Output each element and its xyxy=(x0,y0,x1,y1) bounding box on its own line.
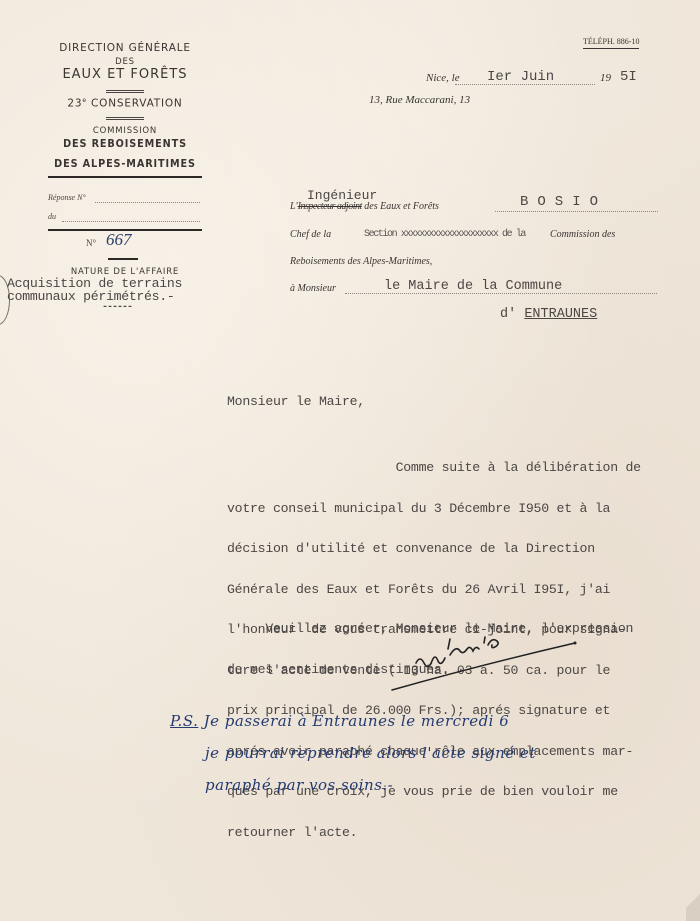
letterhead-direction: DIRECTION GÉNÉRALE xyxy=(20,42,230,54)
paragraph-line: votre conseil municipal du 3 Décembre I9… xyxy=(227,502,641,516)
nature-dash: ------ xyxy=(102,302,132,313)
sender-line-1-suffix: des Eaux et Forêts xyxy=(364,201,439,212)
paragraph-line: Comme suite à la délibération de xyxy=(227,461,641,475)
postscript-line-1: P.S. Je passerai à Entraunes le mercredi… xyxy=(170,712,509,730)
number-underline xyxy=(108,258,138,260)
divider xyxy=(106,117,144,120)
recipient-town-line: d' ENTRAUNES xyxy=(500,307,597,322)
struck-text: Inspecteur adjoint xyxy=(298,201,362,212)
divider xyxy=(106,90,144,93)
letterhead-eaux-forets: EAUX ET FORÊTS xyxy=(20,67,230,82)
year-prefix: 19 xyxy=(600,72,611,84)
sender-name: BOSIO xyxy=(520,194,607,210)
struck-section-text: Section xxxxxxxxxxxxxxxxxxxxx de la xyxy=(364,229,525,240)
name-field xyxy=(495,211,658,212)
conservation-suffix: e xyxy=(82,97,87,104)
nature-value: Acquisition de terrains communaux périmé… xyxy=(7,277,182,303)
recipient-town: ENTRAUNES xyxy=(524,307,597,322)
telephone: TÉLÉPH. 886-10 xyxy=(583,37,639,49)
postscript-line-2: je pourrai reprendre alors l'acte signé … xyxy=(205,744,536,762)
letterhead-conservation: 23e CONSERVATION xyxy=(20,97,230,110)
divider xyxy=(48,176,202,178)
number-value: 667 xyxy=(106,230,132,250)
address: 13, Rue Maccarani, 13 xyxy=(369,94,470,106)
date-value: Ier Juin xyxy=(487,69,554,85)
signature-scribble xyxy=(380,615,590,695)
number-label: N° xyxy=(86,238,96,248)
letterhead-des: DES xyxy=(20,57,230,67)
sender-line-1-prefix: L' xyxy=(290,201,298,212)
postscript-line-3: paraphé par vos soins.- xyxy=(205,776,393,794)
sender-line-1: L'Inspecteur adjoint des Eaux et Forêts xyxy=(290,201,439,212)
du-label: du xyxy=(48,212,56,221)
sender-line-3: Reboisements des Alpes-Maritimes, xyxy=(290,256,432,267)
recipient-label: à Monsieur xyxy=(290,283,336,294)
letterhead-reboisements: DES REBOISEMENTS xyxy=(33,137,218,150)
year-value: 5I xyxy=(620,69,637,85)
letterhead-alpes-maritimes: DES ALPES-MARITIMES xyxy=(33,157,218,170)
paragraph-line: décision d'utilité et convenance de la D… xyxy=(227,542,641,556)
nature-line-2: communaux périmétrés.- xyxy=(7,290,182,303)
recipient-value: le Maire de la Commune xyxy=(384,279,562,294)
paper-corner-fold xyxy=(686,881,700,921)
postscript-label: P.S. xyxy=(170,712,198,730)
reponse-field xyxy=(95,202,200,203)
sender-line-2-suffix: Commission des xyxy=(550,229,615,240)
salutation: Monsieur le Maire, xyxy=(227,395,365,409)
sender-line-2-prefix: Chef de la xyxy=(290,229,331,240)
recipient-prefix: d' xyxy=(500,307,516,322)
letterhead-commission: COMMISSION xyxy=(20,126,230,136)
paragraph-line: Générale des Eaux et Forêts du 26 Avril … xyxy=(227,583,641,597)
conservation-label: CONSERVATION xyxy=(91,98,183,110)
du-field xyxy=(62,221,200,222)
conservation-number: 23 xyxy=(67,98,82,110)
paragraph-line: retourner l'acte. xyxy=(227,826,641,840)
postscript-text: Je passerai à Entraunes le mercredi 6 xyxy=(204,712,510,730)
reponse-label: Réponse N° xyxy=(48,193,86,202)
place-label: Nice, le xyxy=(426,72,460,84)
